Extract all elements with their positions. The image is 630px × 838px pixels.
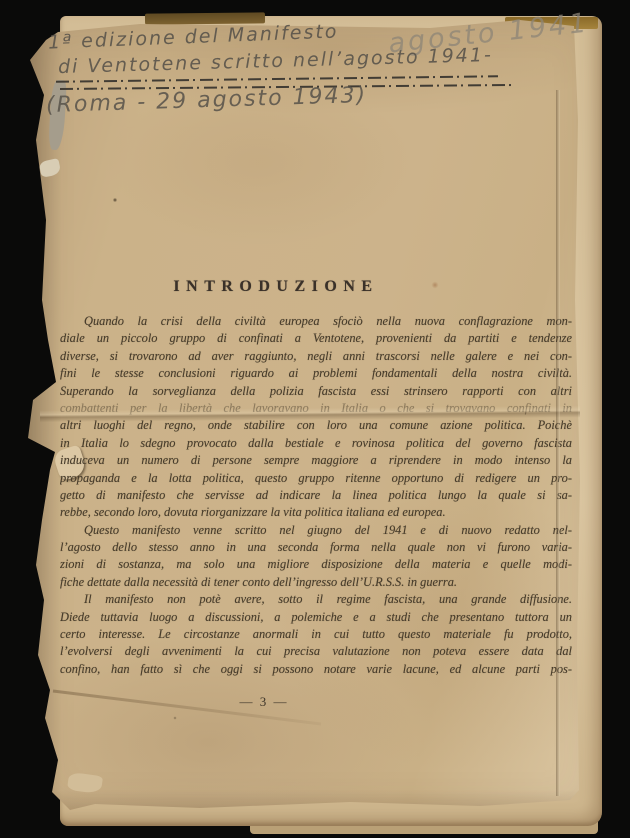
text-line: induceva un numero di persone sempre mag… <box>60 452 572 469</box>
text-line: fiche dettate dalla necessità di tener c… <box>60 574 572 591</box>
text-line: l’agosto dello stesso anno in una second… <box>60 539 572 556</box>
text-line: diale un piccolo gruppo di confinati a V… <box>60 330 572 347</box>
text-line: zioni di sostanza, ma solo una migliore … <box>60 556 572 573</box>
photo-background: 1ª edizione del Manifesto agosto 1941 di… <box>0 0 630 838</box>
cover-edge-left <box>145 12 265 24</box>
text-line: Il manifesto non potè avere, sotto il re… <box>60 591 572 608</box>
page-title: INTRODUZIONE <box>126 278 426 296</box>
vertical-crease <box>556 90 560 796</box>
text-line: Superando la sorveglianza della polizia … <box>60 383 572 400</box>
text-line: propaganda e la lotta politica, questo g… <box>60 470 572 487</box>
page-number: — 3 — <box>208 694 320 710</box>
text-line: confino, han fatto sì che oggi si posson… <box>60 661 572 678</box>
text-line: rebbe, secondo loro, dovuta riorganizzar… <box>60 504 572 521</box>
text-line: Questo manifesto venne scritto nel giugn… <box>60 522 572 539</box>
text-line: diverse, si trovarono ad aver raggiunto,… <box>60 348 572 365</box>
body-text: Quando la crisi della civiltà europea sf… <box>60 313 572 678</box>
text-line: in Italia lo sdegno provocato dalla best… <box>60 435 572 452</box>
text-line: getto di manifesto che servisse ad indic… <box>60 487 572 504</box>
text-line: Quando la crisi della civiltà europea sf… <box>60 313 572 330</box>
text-line: certo interesse. Le circostanze anormali… <box>60 626 572 643</box>
text-line: l’evolversi degli avvenimenti la cui pre… <box>60 643 572 660</box>
text-line: Diede tuttavia luogo a discussioni, a po… <box>60 609 572 626</box>
text-line: fini le stesse conclusioni riguardo ai p… <box>60 365 572 382</box>
